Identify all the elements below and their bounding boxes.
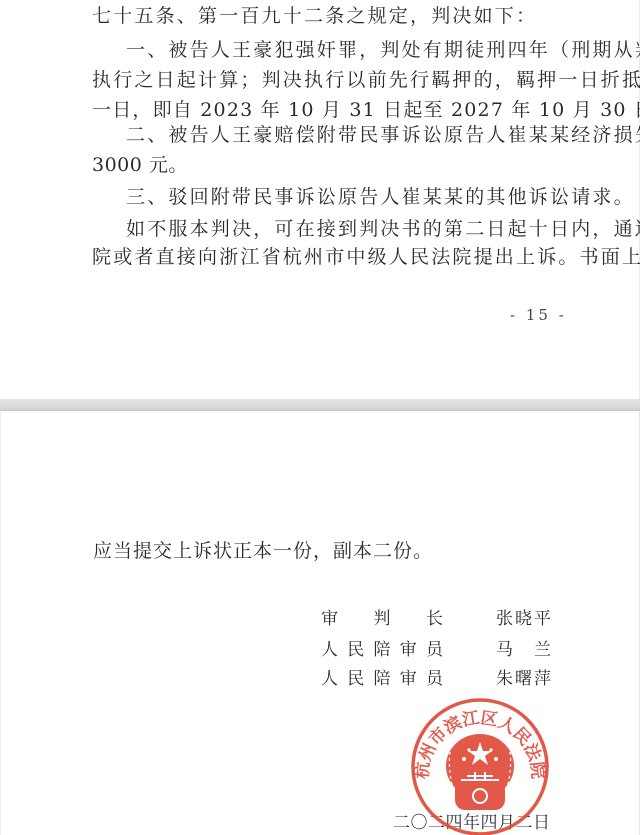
signature-role: 人民陪审员: [321, 639, 443, 661]
signature-name: 张晓平: [496, 608, 552, 630]
signature-row-juror-2: 人民陪审员 朱曙萍: [321, 668, 443, 690]
signature-name: 马兰: [496, 639, 552, 661]
verdict-item-3: 三、驳回附带民事诉讼原告人崔某某的其他诉讼请求。: [126, 185, 635, 209]
court-emblem-icon: [446, 734, 514, 810]
signature-role: 人民陪审员: [321, 668, 443, 690]
court-seal: 杭州市滨江区人民法院: [409, 696, 551, 835]
appeal-notice: 如不服本判决，可在接到判决书的第二日起十日内，通过本: [126, 217, 640, 241]
signature-row-juror-1: 人民陪审员 马兰: [321, 639, 443, 661]
verdict-item-2: 二、被告人王豪赔偿附带民事诉讼原告人崔某某经济损失: [126, 123, 640, 147]
text-line: 院或者直接向浙江省杭州市中级人民法院提出上诉。书面上诉的，: [92, 245, 640, 269]
text-line: 一日，即自 2023 年 10 月 31 日起至 2027 年 10 月 30 …: [92, 98, 640, 122]
text-line: 3000 元。: [92, 153, 188, 177]
text-line: 执行之日起计算；判决执行以前先行羁押的，羁押一日折抵刑期: [92, 68, 640, 92]
signature-row-chief-judge: 审判长 张晓平: [321, 608, 443, 630]
signature-role: 审判长: [321, 608, 443, 630]
page-number: - 15 -: [510, 306, 567, 324]
page-separator: [0, 399, 640, 411]
text-line: 七十五条、第一百九十二条之规定，判决如下：: [92, 4, 537, 28]
signature-name: 朱曙萍: [496, 668, 552, 690]
document-page-15: 七十五条、第一百九十二条之规定，判决如下： 一、被告人王豪犯强奸罪，判处有期徒刑…: [0, 0, 640, 399]
document-page-16: 应当提交上诉状正本一份，副本二份。 审判长 张晓平 人民陪审员 马兰 人民陪审员…: [0, 411, 640, 835]
verdict-item-1: 一、被告人王豪犯强奸罪，判处有期徒刑四年（刑期从判决: [126, 38, 640, 62]
text-line: 应当提交上诉状正本一份，副本二份。: [93, 539, 433, 563]
